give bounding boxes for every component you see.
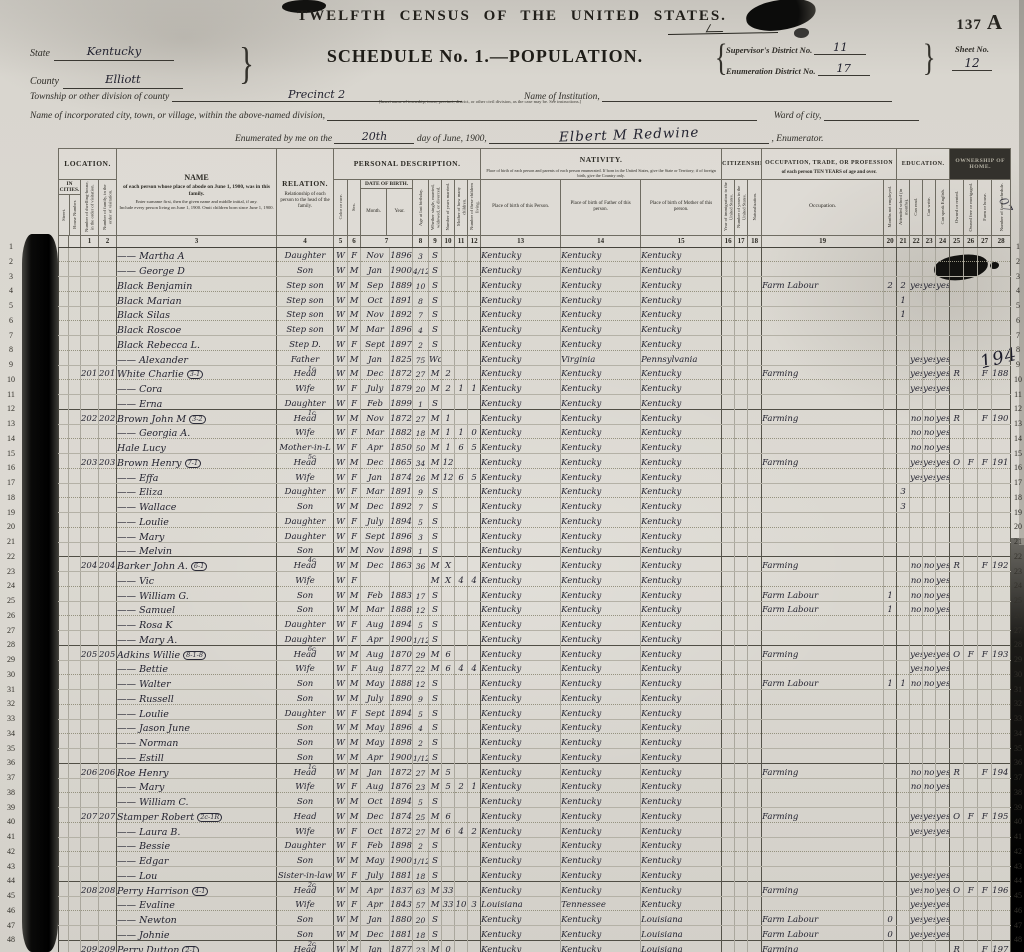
person-name: —— Mary: [117, 532, 164, 543]
row-number: 46: [3, 904, 19, 919]
cell-occ: Farming: [762, 557, 884, 572]
cell-c16: [722, 454, 735, 469]
group-nativity: NATIVITY. Place of birth of each person …: [481, 149, 722, 180]
row-number: 46: [1010, 904, 1024, 919]
row-number: 18: [3, 491, 19, 506]
yr-value: 1837: [390, 886, 412, 896]
cell-mor: [964, 704, 978, 719]
cell-rel: 4cHead: [277, 557, 334, 572]
cell-sex: F: [348, 247, 361, 262]
cell-wr: [923, 262, 936, 277]
cell-fam: 205205: [99, 645, 117, 660]
cell-mar: S: [429, 749, 442, 764]
cell-race: W: [334, 763, 348, 778]
cell-mor: [964, 867, 978, 882]
enumerated-line: Enumerated by me on the 20th day of June…: [235, 127, 824, 144]
cell-yr: 1877: [390, 940, 413, 952]
cell-ym: [442, 247, 455, 262]
mar-value: M: [431, 384, 440, 394]
mo-value: Mar: [366, 605, 384, 615]
cell-dw: [81, 247, 99, 262]
cell-en: [936, 542, 950, 557]
sex-value: F: [351, 532, 357, 542]
yr-value: 1880: [390, 915, 412, 925]
cell-rel: Daughter: [277, 837, 334, 852]
race-value: W: [336, 399, 345, 409]
cell-sch: [897, 793, 910, 808]
cell-dw: 202202: [81, 409, 99, 424]
fh-value: F: [982, 945, 988, 952]
cell-mo: Mar: [361, 424, 390, 439]
cell-mor: [964, 734, 978, 749]
pb-value: Kentucky: [481, 738, 521, 748]
mo-value: May: [366, 679, 385, 689]
cell-c16: [722, 262, 735, 277]
cell-name: Black Benjamin: [117, 277, 277, 292]
race-value: W: [336, 473, 345, 483]
cell-en: yes: [936, 645, 950, 660]
cell-c16: [722, 822, 735, 837]
cell-yr: 1874: [390, 468, 413, 483]
yr-value: 1877: [390, 664, 412, 674]
mne-value: 1: [887, 605, 892, 615]
cell-mar: S: [429, 837, 442, 852]
cell-own: R: [950, 365, 964, 380]
row-number: 13: [3, 417, 19, 432]
cell-fs: [992, 468, 1011, 483]
cell-race: W: [334, 719, 348, 734]
age-value: 18: [416, 872, 426, 881]
cell-mar: S: [429, 395, 442, 410]
cell-yr: 1897: [390, 336, 413, 351]
cell-yr: 1892: [390, 498, 413, 513]
fam-value: 204: [99, 561, 115, 571]
mo-value: Feb: [367, 399, 383, 409]
cell-en: yes: [936, 454, 950, 469]
cell-pb: Kentucky: [481, 395, 561, 410]
ym-value: 6: [445, 664, 450, 674]
cell-mne: [884, 350, 897, 365]
cell-race: W: [334, 262, 348, 277]
cell-street: [59, 395, 69, 410]
rd-value: yes: [910, 915, 923, 925]
cell-rel: 2cHead: [277, 881, 334, 896]
state-value: Kentucky: [87, 44, 141, 58]
pbf-value: Kentucky: [561, 930, 601, 940]
fh-value: F: [982, 768, 988, 778]
cell-fs: 195: [992, 808, 1011, 823]
cell-mar: S: [429, 616, 442, 631]
mor-value: F: [968, 886, 974, 896]
cell-race: W: [334, 454, 348, 469]
yr-value: 1896: [390, 723, 412, 733]
cell-pbm: Kentucky: [641, 306, 722, 321]
mo-value: Sept: [365, 532, 385, 542]
cell-fam: [99, 439, 117, 454]
age-value: 27: [416, 415, 426, 424]
cell-mo: Aug: [361, 616, 390, 631]
pb-value: Kentucky: [481, 428, 521, 438]
rd-value: yes: [910, 458, 923, 468]
cell-pbm: Kentucky: [641, 542, 722, 557]
occ-value: Farming: [762, 886, 798, 896]
cell-fs: 188: [992, 365, 1011, 380]
cell-ym: [442, 336, 455, 351]
ym-value: 0: [445, 945, 450, 952]
cell-rd: [910, 527, 923, 542]
cell-en: yes: [936, 601, 950, 616]
cell-fs: [992, 852, 1011, 867]
date-of-birth-header: DATE OF BIRTH. Month. Year.: [361, 179, 413, 235]
cell-c18: [748, 837, 762, 852]
cell-en: [936, 749, 950, 764]
cell-rel: 1cHead: [277, 763, 334, 778]
race-value: W: [336, 443, 345, 453]
cell-fs: [992, 513, 1011, 528]
cell-liv: [468, 926, 481, 941]
age-value: 5: [418, 798, 423, 807]
cell-en: yes: [936, 778, 950, 793]
moc-value: 4: [458, 827, 463, 837]
cell-c17: [735, 822, 748, 837]
row-number: 11: [3, 388, 19, 403]
cell-c17: [735, 631, 748, 646]
cell-fs: [992, 631, 1011, 646]
pbf-value: Kentucky: [561, 915, 601, 925]
cell-pbm: Kentucky: [641, 616, 722, 631]
cell-mne: [884, 557, 897, 572]
mar-value: S: [432, 723, 438, 733]
pb-value: Kentucky: [481, 355, 521, 365]
cell-mne: 2: [884, 277, 897, 292]
cell-occ: Farming: [762, 763, 884, 778]
cell-sch: [897, 778, 910, 793]
cell-pb: Kentucky: [481, 631, 561, 646]
pbm-value: Kentucky: [641, 428, 681, 438]
pb-value: Kentucky: [481, 856, 521, 866]
pbf-value: Kentucky: [561, 945, 601, 952]
cell-c18: [748, 881, 762, 896]
pbf-value: Kentucky: [561, 517, 601, 527]
cell-c18: [748, 793, 762, 808]
cell-race: W: [334, 365, 348, 380]
pbf-value: Kentucky: [561, 384, 601, 394]
yr-value: 1889: [390, 281, 412, 291]
cell-c18: [748, 763, 762, 778]
cell-liv: 4: [468, 572, 481, 587]
cell-age: 5: [413, 513, 429, 528]
race-value: W: [336, 753, 345, 763]
mar-value: S: [432, 841, 438, 851]
cell-c17: [735, 262, 748, 277]
yr-value: 1892: [390, 310, 412, 320]
sheet-value: 12: [952, 56, 992, 71]
cell-fam: 202202: [99, 409, 117, 424]
cell-fam: [99, 247, 117, 262]
yr-value: 1900: [390, 856, 412, 866]
cell-c16: [722, 852, 735, 867]
cell-liv: [468, 763, 481, 778]
cell-age: 34: [413, 454, 429, 469]
cell-yr: 1894: [390, 513, 413, 528]
cell-street: [59, 616, 69, 631]
cell-fam: [99, 926, 117, 941]
cell-sex: F: [348, 660, 361, 675]
occ-value: Farm Labour: [762, 591, 818, 601]
cell-liv: [468, 675, 481, 690]
enumerator-tag: 6-1: [191, 562, 207, 571]
cell-wr: yes: [923, 365, 936, 380]
sex-value: M: [350, 355, 359, 365]
cell-rel: Step son: [277, 277, 334, 292]
pbm-value: Kentucky: [641, 768, 681, 778]
cell-house: [69, 277, 81, 292]
group-relation: RELATION. Relationship of each person to…: [277, 149, 334, 236]
cell-liv: [468, 881, 481, 896]
row-number: 10: [1010, 373, 1024, 388]
cell-wr: yes: [923, 822, 936, 837]
col-attended-school: Attended school (in months).: [897, 179, 910, 235]
cell-rd: [910, 690, 923, 705]
cell-yr: 1896: [390, 321, 413, 336]
wr-value: no: [924, 768, 935, 778]
cell-pbm: Kentucky: [641, 631, 722, 646]
yr-value: 1881: [390, 871, 412, 881]
cell-mne: [884, 867, 897, 882]
cell-fam: [99, 631, 117, 646]
cell-liv: [468, 734, 481, 749]
cell-fs: [992, 572, 1011, 587]
yr-value: 1890: [390, 694, 412, 704]
mo-value: Apr: [367, 886, 383, 896]
cell-c17: [735, 704, 748, 719]
cell-dw: [81, 896, 99, 911]
cell-mne: [884, 424, 897, 439]
cell-fam: [99, 572, 117, 587]
cell-rd: yes: [910, 881, 923, 896]
cell-mar: M: [429, 468, 442, 483]
relation-value: Wife: [295, 576, 314, 586]
mar-value: M: [431, 473, 440, 483]
pbm-value: Kentucky: [641, 561, 681, 571]
yr-value: 1882: [390, 428, 412, 438]
cell-fh: F: [978, 940, 992, 952]
cell-c18: [748, 454, 762, 469]
cell-rd: [910, 262, 923, 277]
cell-wr: [923, 940, 936, 952]
en-value: yes: [936, 428, 950, 438]
pbm-value: Kentucky: [641, 414, 681, 424]
yr-value: 1888: [390, 679, 412, 689]
cell-c18: [748, 719, 762, 734]
cell-age: 9: [413, 690, 429, 705]
row-number: 39: [3, 801, 19, 816]
relation-value: Son: [297, 502, 313, 512]
cell-pbf: Kentucky: [561, 557, 641, 572]
wr-value: no: [924, 428, 935, 438]
cell-moc: 2: [455, 778, 468, 793]
cell-name: —— Erna: [117, 395, 277, 410]
pbf-value: Tennessee: [561, 900, 606, 910]
cell-house: [69, 409, 81, 424]
cell-race: W: [334, 557, 348, 572]
sex-value: M: [350, 310, 359, 320]
cell-mar: M: [429, 778, 442, 793]
mar-value: S: [432, 797, 438, 807]
pbm-value: Louisiana: [641, 930, 683, 940]
sex-value: M: [350, 281, 359, 291]
cell-c18: [748, 704, 762, 719]
col-marital-status: Whether single, married, widowed, or div…: [429, 179, 442, 235]
mar-value: M: [431, 369, 440, 379]
cell-street: [59, 601, 69, 616]
cell-mo: Feb: [361, 837, 390, 852]
mar-value: S: [432, 340, 438, 350]
cell-name: —— Loulie: [117, 704, 277, 719]
cell-c18: [748, 586, 762, 601]
person-name: —— Mary: [117, 782, 164, 793]
cell-pbf: Kentucky: [561, 852, 641, 867]
cell-c18: [748, 896, 762, 911]
cell-mo: Dec: [361, 498, 390, 513]
cell-street: [59, 572, 69, 587]
table-row: —— NewtonSonWMJan188020SKentuckyKentucky…: [59, 911, 1011, 926]
fs-value: 194: [992, 768, 1008, 778]
cell-occ: Farming: [762, 454, 884, 469]
cell-c16: [722, 336, 735, 351]
cell-rel: Son: [277, 793, 334, 808]
en-value: yes: [936, 561, 950, 571]
cell-pbm: Kentucky: [641, 557, 722, 572]
cell-house: [69, 867, 81, 882]
relation-value: Son: [297, 694, 313, 704]
pbm-value: Kentucky: [641, 325, 681, 335]
cell-fam: [99, 542, 117, 557]
cell-fam: [99, 380, 117, 395]
age-value: 17: [416, 592, 426, 601]
cell-fh: [978, 660, 992, 675]
race-value: W: [336, 369, 345, 379]
mar-value: S: [432, 930, 438, 940]
pb-value: Kentucky: [481, 694, 521, 704]
cell-mar: S: [429, 852, 442, 867]
cell-house: [69, 498, 81, 513]
cell-fh: [978, 439, 992, 454]
cell-occ: [762, 306, 884, 321]
cell-c17: [735, 380, 748, 395]
enumerator-tag: 3-1: [187, 370, 203, 379]
cell-mar: S: [429, 704, 442, 719]
dw-value: 206: [81, 768, 97, 778]
mar-value: Wd: [429, 355, 442, 365]
row-number: 30: [1010, 668, 1024, 683]
cell-rd: yes: [910, 468, 923, 483]
cell-rel: Son: [277, 719, 334, 734]
cell-pbm: Kentucky: [641, 277, 722, 292]
cell-liv: [468, 719, 481, 734]
cell-race: W: [334, 808, 348, 823]
cell-rd: no: [910, 675, 923, 690]
pbm-value: Kentucky: [641, 620, 681, 630]
age-value: 22: [416, 665, 426, 674]
cell-occ: [762, 822, 884, 837]
cell-mne: [884, 719, 897, 734]
cell-dw: 204204: [81, 557, 99, 572]
cell-street: [59, 704, 69, 719]
cell-pbf: Kentucky: [561, 247, 641, 262]
col-years-married: Number of years married.: [442, 179, 455, 235]
fh-value: F: [982, 414, 988, 424]
cell-race: W: [334, 852, 348, 867]
cell-yr: 1891: [390, 483, 413, 498]
cell-mo: July: [361, 513, 390, 528]
cell-rd: yes: [910, 380, 923, 395]
cell-age: 4: [413, 321, 429, 336]
sex-value: M: [350, 325, 359, 335]
cell-pb: Kentucky: [481, 734, 561, 749]
cell-c18: [748, 690, 762, 705]
cell-moc: [455, 513, 468, 528]
cell-age: 7: [413, 498, 429, 513]
cell-race: W: [334, 291, 348, 306]
cell-race: W: [334, 586, 348, 601]
mar-value: M: [431, 812, 440, 822]
cell-wr: no: [923, 586, 936, 601]
cell-fam: [99, 911, 117, 926]
cell-yr: 1837: [390, 881, 413, 896]
col-farm-schedule: Number of farm schedule.: [992, 179, 1011, 235]
cell-own: [950, 704, 964, 719]
cell-race: W: [334, 527, 348, 542]
cell-street: [59, 380, 69, 395]
relation-value: Step son: [286, 310, 323, 320]
row-number: 12: [3, 402, 19, 417]
cell-c16: [722, 631, 735, 646]
cell-street: [59, 424, 69, 439]
cell-age: 1: [413, 542, 429, 557]
age-value: 75: [416, 356, 426, 365]
cell-en: yes: [936, 822, 950, 837]
pbf-value: Kentucky: [561, 738, 601, 748]
mo-value: Aug: [367, 650, 384, 660]
cell-c16: [722, 350, 735, 365]
pb-value: Kentucky: [481, 591, 521, 601]
cell-sex: F: [348, 439, 361, 454]
cell-pb: Kentucky: [481, 940, 561, 952]
cell-occ: [762, 749, 884, 764]
cell-name: Black Rebecca L.: [117, 336, 277, 351]
cell-pbm: Kentucky: [641, 690, 722, 705]
cell-fam: [99, 793, 117, 808]
yr-value: 1850: [390, 443, 412, 453]
ym-value: 6: [445, 650, 450, 660]
pbf-value: Kentucky: [561, 709, 601, 719]
cell-pbf: Kentucky: [561, 365, 641, 380]
fh-value: F: [982, 812, 988, 822]
enumerator-tag: 7-1: [185, 459, 201, 468]
cell-sch: 2: [897, 277, 910, 292]
cell-dw: [81, 719, 99, 734]
cell-street: [59, 911, 69, 926]
cell-rd: no: [910, 586, 923, 601]
person-name: Black Roscoe: [117, 325, 181, 336]
cell-mo: Mar: [361, 483, 390, 498]
cell-mor: [964, 940, 978, 952]
cell-street: [59, 778, 69, 793]
pb-value: Kentucky: [481, 679, 521, 689]
table-row: 206206206206Roe Henry1cHeadWMJan187227M5…: [59, 763, 1011, 778]
pb-value: Kentucky: [481, 487, 521, 497]
